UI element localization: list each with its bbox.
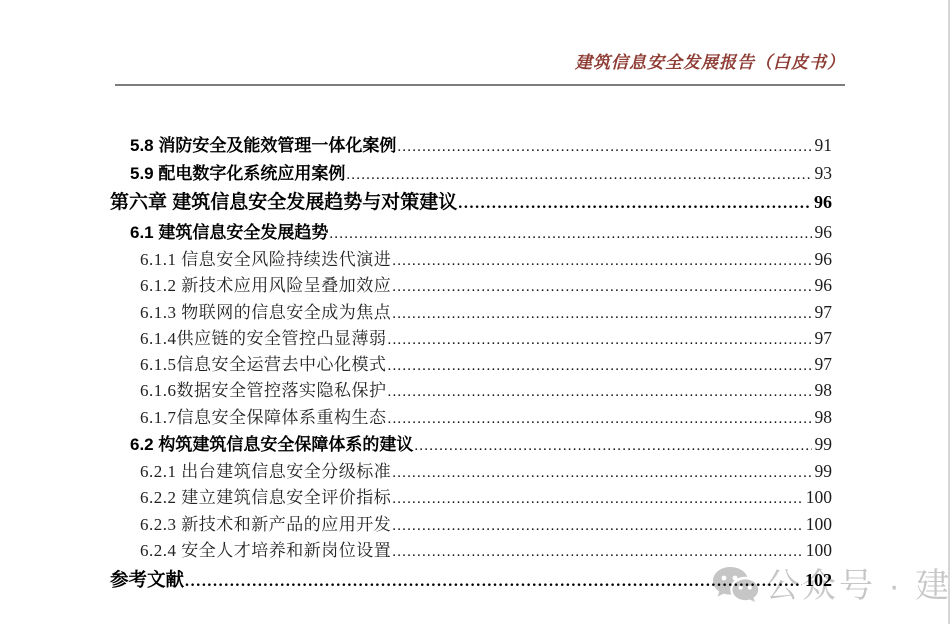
toc-entry: 6.2.2 建立建筑信息安全评价指标 100 [140,484,845,510]
toc-entry-page: 96 [815,246,833,272]
page-edge-line [948,0,950,624]
toc-entry-label: 6.1.4供应链的安全管控凸显薄弱 [140,326,387,352]
toc-entry-page: 96 [815,272,833,298]
dot-leader [392,513,803,539]
toc-entry-label: 6.1.1 信息安全风险持续迭代演进 [140,247,391,273]
toc-entry-page: 102 [805,565,832,595]
dot-leader [458,188,811,219]
toc-entry-page: 98 [815,377,833,403]
toc-entry-label: 6.1.6数据安全管控落实隐私保护 [140,378,387,404]
dot-leader [388,406,812,432]
dot-leader [329,220,811,248]
toc-entry-label: 6.1 建筑信息安全发展趋势 [130,219,328,247]
toc-entry-page: 98 [815,404,833,430]
toc-entry-page: 93 [815,159,833,187]
toc-entry-page: 97 [815,299,833,325]
dot-leader [388,353,812,379]
toc-entry-label: 6.1.5信息安全运营去中心化模式 [140,352,387,378]
page-header-title: 建筑信息安全发展报告（白皮书） [113,48,845,73]
toc-entry-references: 参考文献 102 [110,565,845,595]
toc-entry-page: 96 [814,187,832,218]
toc-entry-label: 6.2.3 新技术和新产品的应用开发 [140,512,391,538]
toc-entry: 6.2.1 出台建筑信息安全分级标准 99 [140,458,845,484]
toc-entry-page: 99 [815,458,833,484]
toc-entry-label: 6.2.4 安全人才培养和新岗位设置 [140,538,391,564]
table-of-contents: 5.8 消防安全及能效管理一体化案例 91 5.9 配电数字化系统应用案例 93… [110,131,845,595]
toc-entry-page: 96 [815,218,833,246]
toc-entry: 6.1 建筑信息安全发展趋势 96 [130,218,845,246]
toc-entry-label: 参考文献 [110,565,184,595]
toc-entry: 5.9 配电数字化系统应用案例 93 [130,159,845,187]
toc-entry: 6.2.4 安全人才培养和新岗位设置 100 [140,537,845,563]
toc-entry: 6.2.3 新技术和新产品的应用开发 100 [140,511,845,537]
toc-entry-chapter: 第六章 建筑信息安全发展趋势与对策建议 96 [110,187,845,218]
header-rule [115,84,845,86]
toc-entry-page: 97 [815,351,833,377]
toc-entry-page: 97 [815,325,833,351]
toc-entry: 6.1.2 新技术应用风险呈叠加效应 96 [140,272,845,298]
toc-entry: 6.1.5信息安全运营去中心化模式 97 [140,351,845,377]
dot-leader [392,539,803,565]
toc-entry: 6.1.3 物联网的信息安全成为焦点 97 [140,299,845,325]
toc-entry: 6.1.7信息安全保障体系重构生态 98 [140,404,845,430]
dot-leader [388,327,812,353]
toc-entry-page: 100 [806,511,832,537]
toc-entry-page: 100 [806,484,832,510]
toc-entry-label: 6.1.3 物联网的信息安全成为焦点 [140,300,391,326]
toc-entry: 6.1.6数据安全管控落实隐私保护 98 [140,377,845,403]
dot-leader [392,248,811,274]
dot-leader [346,161,811,189]
dot-leader [397,133,811,161]
toc-entry-label: 5.9 配电数字化系统应用案例 [130,160,345,188]
toc-entry-page: 99 [815,430,833,458]
toc-entry: 6.1.1 信息安全风险持续迭代演进 96 [140,246,845,272]
toc-entry-label: 6.1.2 新技术应用风险呈叠加效应 [140,273,391,299]
toc-entry-page: 100 [806,537,832,563]
toc-entry-label: 6.2.1 出台建筑信息安全分级标准 [140,459,391,485]
document-page: 公众号 · 建坛 建筑信息安全发展报告（白皮书） 5.8 消防安全及能效管理一体… [0,0,951,624]
dot-leader [392,274,811,300]
toc-entry: 6.1.4供应链的安全管控凸显薄弱 97 [140,325,845,351]
toc-entry-label: 6.1.7信息安全保障体系重构生态 [140,405,387,431]
dot-leader [392,460,811,486]
dot-leader [392,486,803,512]
toc-entry-label: 6.2 构筑建筑信息安全保障体系的建议 [130,431,413,459]
toc-entry-label: 5.8 消防安全及能效管理一体化案例 [130,132,396,160]
dot-leader [185,567,802,597]
dot-leader [392,301,811,327]
dot-leader [414,432,811,460]
toc-entry-page: 91 [815,131,833,159]
toc-entry: 5.8 消防安全及能效管理一体化案例 91 [130,131,845,159]
toc-entry-label: 第六章 建筑信息安全发展趋势与对策建议 [110,187,457,218]
toc-entry: 6.2 构筑建筑信息安全保障体系的建议 99 [130,430,845,458]
dot-leader [388,379,812,405]
toc-entry-label: 6.2.2 建立建筑信息安全评价指标 [140,485,391,511]
